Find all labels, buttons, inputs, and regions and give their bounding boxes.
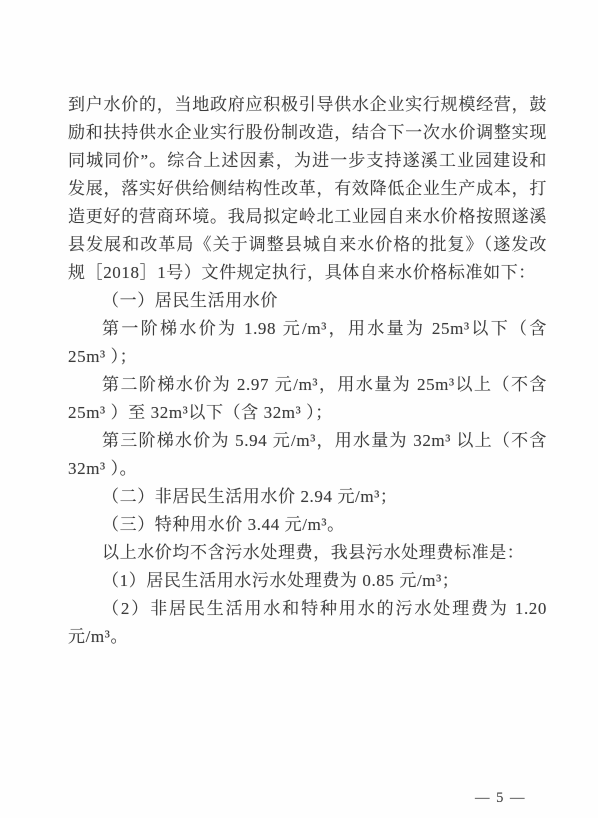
tier-3-price-line: 第三阶梯水价为 5.94 元/m³，用水量为 32m³ 以上（不含 32m³ ）… [68, 427, 547, 483]
document-page: 到户水价的，当地政府应积极引导供水企业实行规模经营，鼓励和扶持供水企业实行股份制… [0, 0, 598, 818]
sewage-fee-residential-line: （1）居民生活用水污水处理费为 0.85 元/m³； [68, 567, 547, 595]
tier-2-price-line: 第二阶梯水价为 2.97 元/m³，用水量为 25m³以上（不含 25m³ ）至… [68, 371, 547, 427]
sewage-fee-non-residential-line: （2）非居民生活用水和特种用水的污水处理费为 1.20 元/m³。 [68, 595, 547, 651]
special-use-price-line: （三）特种用水价 3.44 元/m³。 [68, 511, 547, 539]
page-number: — 5 — [475, 790, 526, 807]
tier-1-price-line: 第一阶梯水价为 1.98 元/m³，用水量为 25m³以下（含 25m³ ）； [68, 315, 547, 371]
heading-residential-water-price: （一）居民生活用水价 [68, 287, 547, 315]
paragraph-continued-intro: 到户水价的，当地政府应积极引导供水企业实行规模经营，鼓励和扶持供水企业实行股份制… [68, 91, 547, 287]
document-body: 到户水价的，当地政府应积极引导供水企业实行规模经营，鼓励和扶持供水企业实行股份制… [68, 91, 547, 651]
sewage-fee-intro-line: 以上水价均不含污水处理费，我县污水处理费标准是： [68, 539, 547, 567]
non-residential-price-line: （二）非居民生活用水价 2.94 元/m³； [68, 483, 547, 511]
